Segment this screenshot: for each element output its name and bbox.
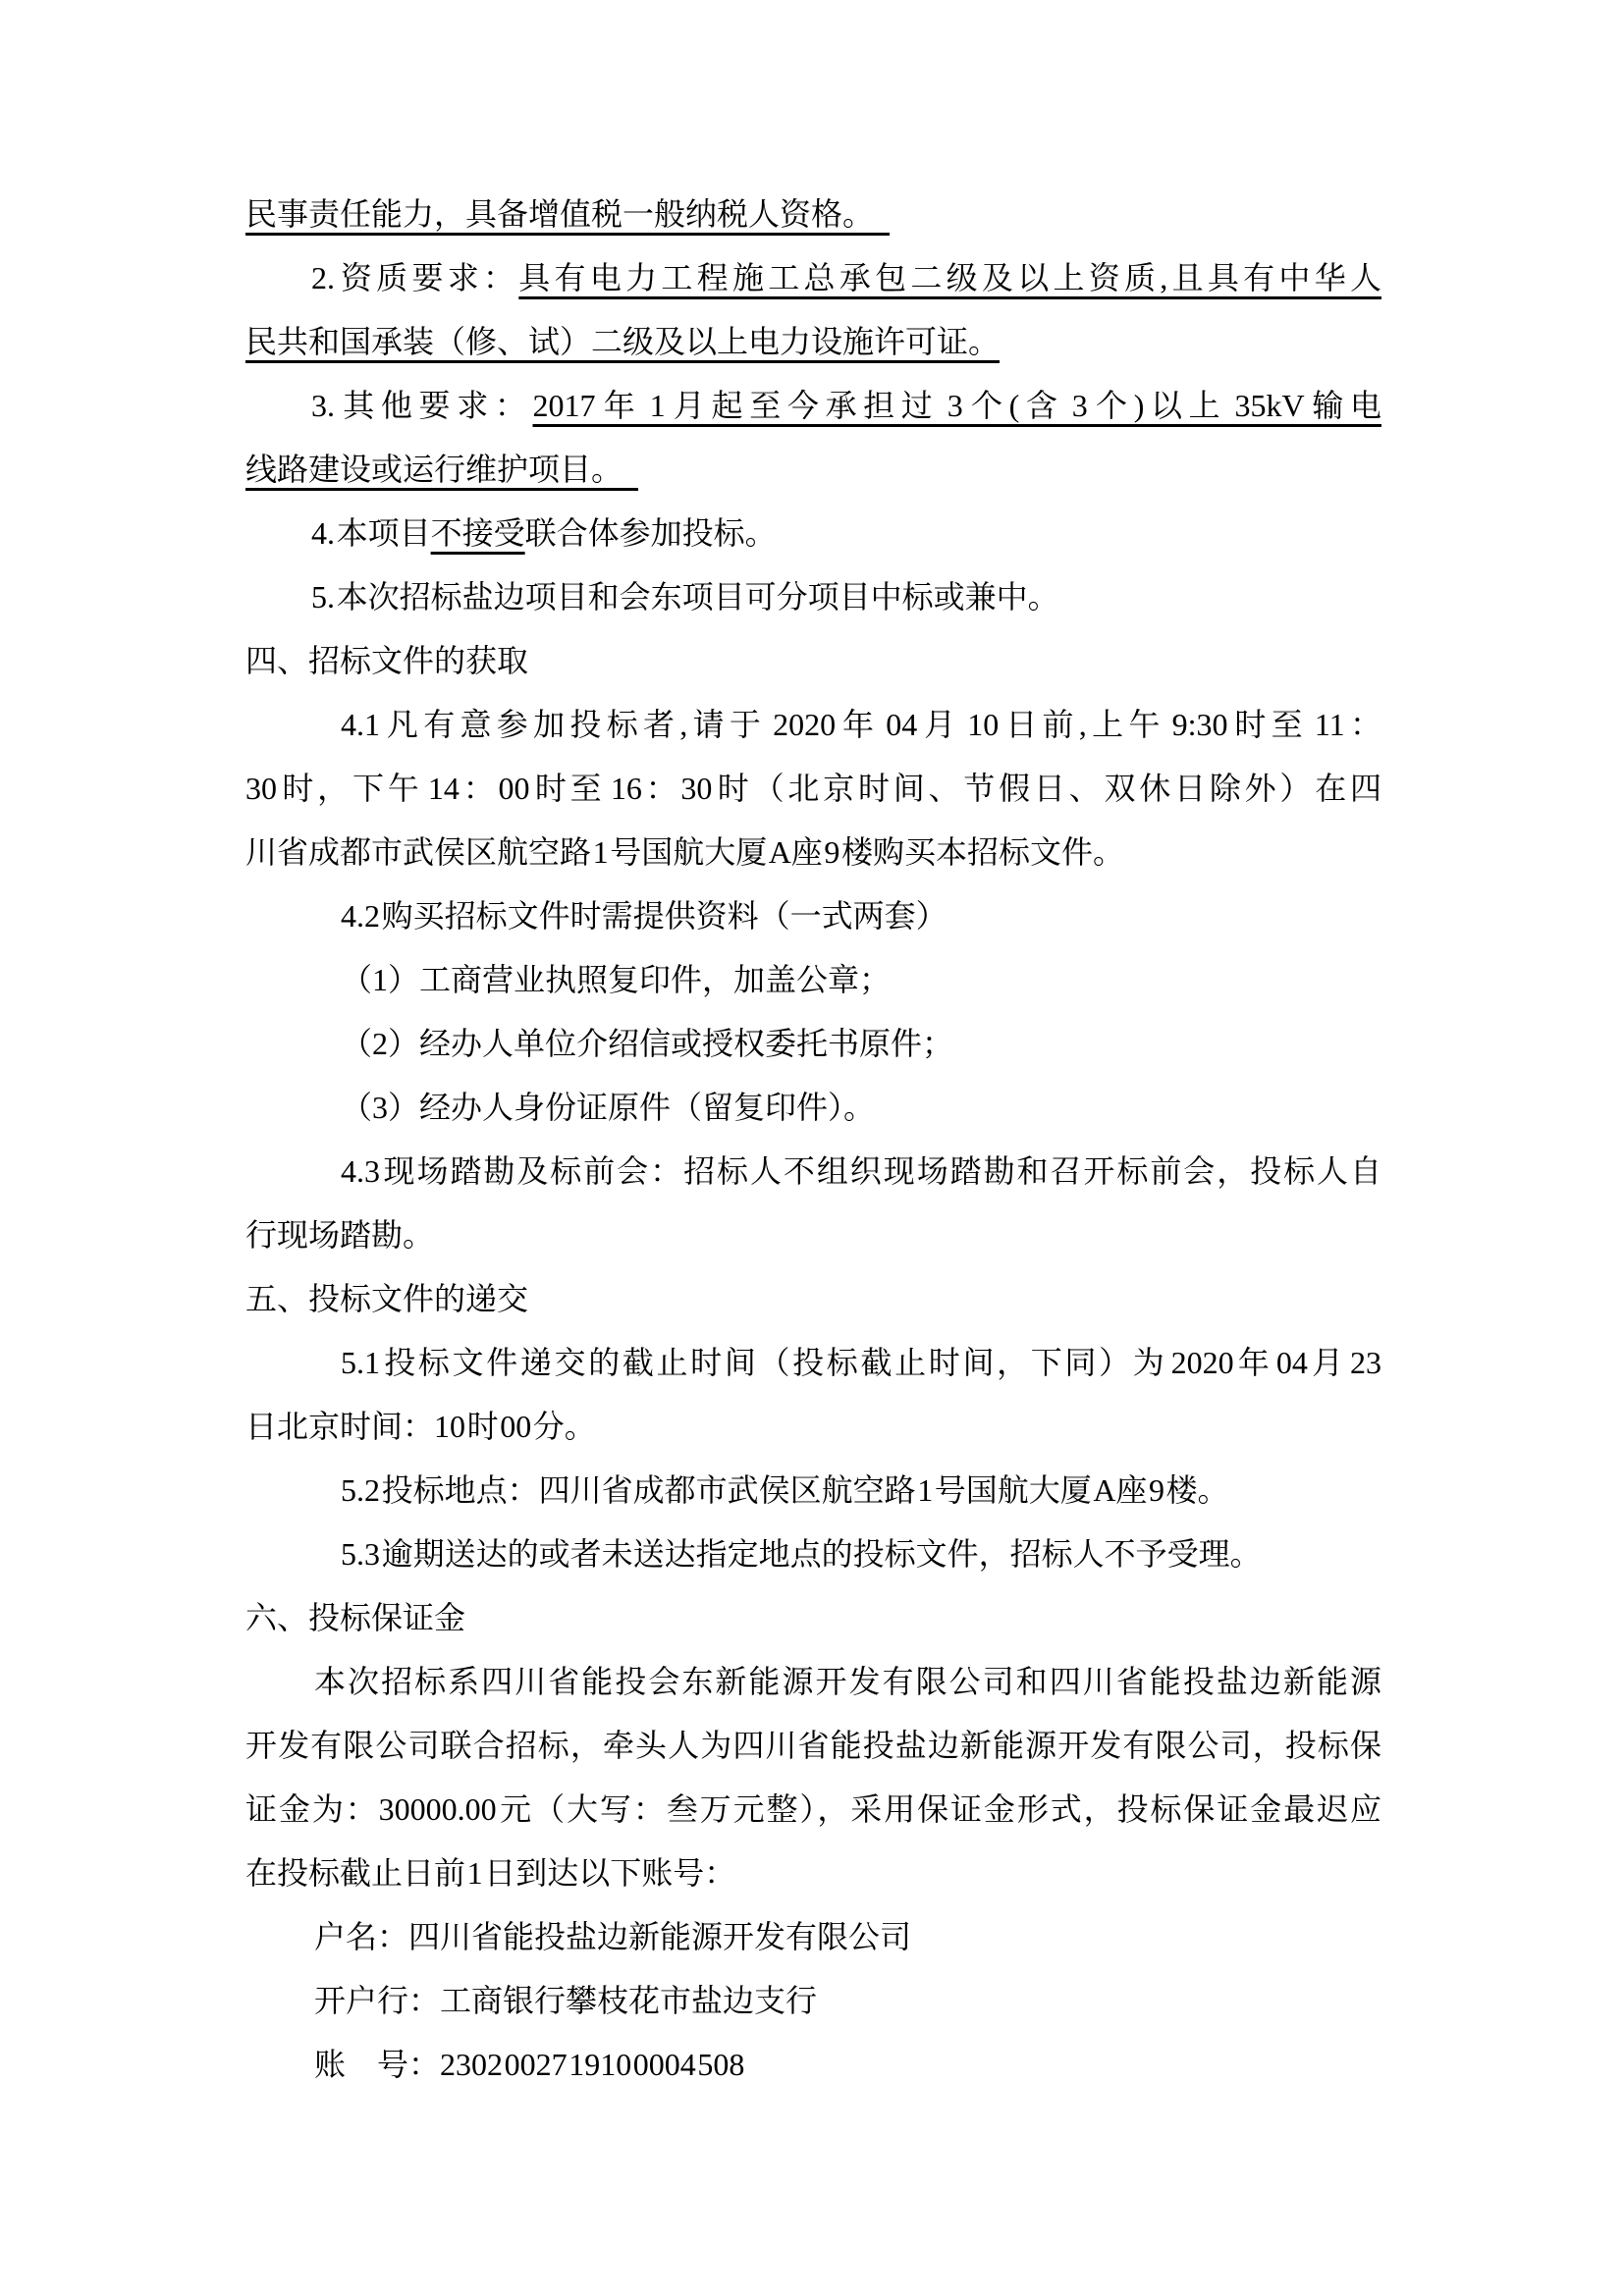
text-segment: 六、投标保证金 [245, 1600, 465, 1635]
text-segment: 川省成都市武侯区航空路 1 号国航大厦 A 座 9 楼购买本招标文件。 [245, 834, 1124, 870]
text-segment: 3. 其他要求： [311, 388, 533, 423]
text-line: 行现场踏勘。 [245, 1203, 1381, 1267]
text-segment: 5.3 逾期送达的或者未送达指定地点的投标文件，招标人不予受理。 [341, 1536, 1262, 1572]
text-line: 四、招标文件的获取 [245, 629, 1381, 693]
text-segment: 4. 本项目 [311, 515, 431, 551]
underlined-text-segment: 民共和国承装（修、试）二级及以上电力设施许可证。 [245, 324, 1000, 359]
text-line: （1）工商营业执照复印件，加盖公章； [245, 948, 1381, 1012]
text-line: 5.1 投标文件递交的截止时间（投标截止时间，下同）为 2020 年 04 月 … [245, 1331, 1381, 1395]
text-segment: （1）工商营业执照复印件，加盖公章； [341, 962, 891, 997]
text-line: 民共和国承装（修、试）二级及以上电力设施许可证。 [245, 310, 1381, 374]
underlined-text-segment: 线路建设或运行维护项目。 [245, 452, 638, 487]
text-segment: 户名：四川省能投盐边新能源开发有限公司 [314, 1919, 911, 1954]
text-line: 在投标截止日前 1 日到达以下账号： [245, 1842, 1381, 1905]
text-segment: （2）经办人单位介绍信或授权委托书原件； [341, 1026, 953, 1061]
text-line: 账 号：2302 0027 1910 0004 508 [245, 2033, 1381, 2097]
text-line: 5.2 投标地点：四川省成都市武侯区航空路 1 号国航大厦 A 座 9 楼。 [245, 1459, 1381, 1522]
underlined-text-segment: 不接受 [431, 515, 525, 551]
document-body: 民事责任能力，具备增值税一般纳税人资格。 2. 资质要求：具有电力工程施工总承包… [245, 183, 1381, 2097]
text-line: 川省成都市武侯区航空路 1 号国航大厦 A 座 9 楼购买本招标文件。 [245, 821, 1381, 884]
text-line: 六、投标保证金 [245, 1586, 1381, 1650]
text-segment: 四、招标文件的获取 [245, 643, 528, 678]
text-segment: （3）经办人身份证原件（留复印件）。 [341, 1090, 875, 1125]
text-segment: 五、投标文件的递交 [245, 1281, 528, 1316]
text-line: 开发有限公司联合招标，牵头人为四川省能投盐边新能源开发有限公司，投标保 [245, 1714, 1381, 1778]
text-segment: 行现场踏勘。 [245, 1217, 434, 1253]
text-segment: 5.1 投标文件递交的截止时间（投标截止时间，下同）为 2020 年 04 月 … [341, 1345, 1381, 1380]
text-line: （2）经办人单位介绍信或授权委托书原件； [245, 1012, 1381, 1076]
text-line: 户名：四川省能投盐边新能源开发有限公司 [245, 1905, 1381, 1969]
text-segment: 在投标截止日前 1 日到达以下账号： [245, 1855, 735, 1891]
text-segment: 30 时，下午 14：00 时至 16：30 时（北京时间、节假日、双休日除外）… [245, 771, 1381, 806]
text-line: 4.1 凡有意参加投标者,请于 2020 年 04 月 10 日前,上午 9:3… [245, 693, 1381, 757]
text-line: 开户行：工商银行攀枝花市盐边支行 [245, 1969, 1381, 2033]
text-line: 4.3 现场踏勘及标前会：招标人不组织现场踏勘和召开标前会，投标人自 [245, 1140, 1381, 1203]
text-segment: 联合体参加投标。 [525, 515, 777, 551]
text-line: 30 时，下午 14：00 时至 16：30 时（北京时间、节假日、双休日除外）… [245, 757, 1381, 821]
text-segment: 开发有限公司联合招标，牵头人为四川省能投盐边新能源开发有限公司，投标保 [245, 1728, 1381, 1763]
text-line: 线路建设或运行维护项目。 [245, 438, 1381, 502]
text-segment: 4.2 购买招标文件时需提供资料（一式两套） [341, 898, 947, 934]
text-segment: 本次招标系四川省能投会东新能源开发有限公司和四川省能投盐边新能源 [314, 1664, 1381, 1699]
text-line: 5. 本次招标盐边项目和会东项目可分项目中标或兼中。 [245, 565, 1381, 629]
text-segment: 开户行：工商银行攀枝花市盐边支行 [314, 1983, 817, 2018]
text-segment: 4.3 现场踏勘及标前会：招标人不组织现场踏勘和召开标前会，投标人自 [341, 1153, 1381, 1189]
text-segment: 4.1 凡有意参加投标者,请于 2020 年 04 月 10 日前,上午 9:3… [341, 707, 1381, 742]
text-segment: 证金为：30000.00 元（大写：叁万元整），采用保证金形式，投标保证金最迟应 [245, 1791, 1381, 1827]
text-segment: 账 号：2302 0027 1910 0004 508 [314, 2047, 744, 2082]
text-line: 2. 资质要求：具有电力工程施工总承包二级及以上资质,且具有中华人 [245, 246, 1381, 310]
underlined-text-segment: 具有电力工程施工总承包二级及以上资质,且具有中华人 [518, 260, 1381, 295]
text-line: 证金为：30000.00 元（大写：叁万元整），采用保证金形式，投标保证金最迟应 [245, 1778, 1381, 1842]
text-line: 民事责任能力，具备增值税一般纳税人资格。 [245, 183, 1381, 246]
text-segment: 5. 本次招标盐边项目和会东项目可分项目中标或兼中。 [311, 579, 1059, 614]
text-line: 本次招标系四川省能投会东新能源开发有限公司和四川省能投盐边新能源 [245, 1650, 1381, 1714]
text-line: 五、投标文件的递交 [245, 1267, 1381, 1331]
underlined-text-segment: 2017 年 1 月起至今承担过 3 个(含 3 个)以上 35kV 输电 [533, 388, 1382, 423]
text-segment: 日北京时间：10 时 00 分。 [245, 1409, 596, 1444]
text-line: 3. 其他要求：2017 年 1 月起至今承担过 3 个(含 3 个)以上 35… [245, 374, 1381, 438]
text-segment: 5.2 投标地点：四川省成都市武侯区航空路 1 号国航大厦 A 座 9 楼。 [341, 1472, 1229, 1508]
document-page: 民事责任能力，具备增值税一般纳税人资格。 2. 资质要求：具有电力工程施工总承包… [0, 0, 1624, 2296]
text-line: 日北京时间：10 时 00 分。 [245, 1395, 1381, 1459]
text-line: 4. 本项目不接受联合体参加投标。 [245, 502, 1381, 565]
text-line: （3）经办人身份证原件（留复印件）。 [245, 1076, 1381, 1140]
text-line: 4.2 购买招标文件时需提供资料（一式两套） [245, 884, 1381, 948]
text-line: 5.3 逾期送达的或者未送达指定地点的投标文件，招标人不予受理。 [245, 1522, 1381, 1586]
underlined-text-segment: 民事责任能力，具备增值税一般纳税人资格。 [245, 196, 890, 232]
text-segment: 2. 资质要求： [311, 260, 518, 295]
